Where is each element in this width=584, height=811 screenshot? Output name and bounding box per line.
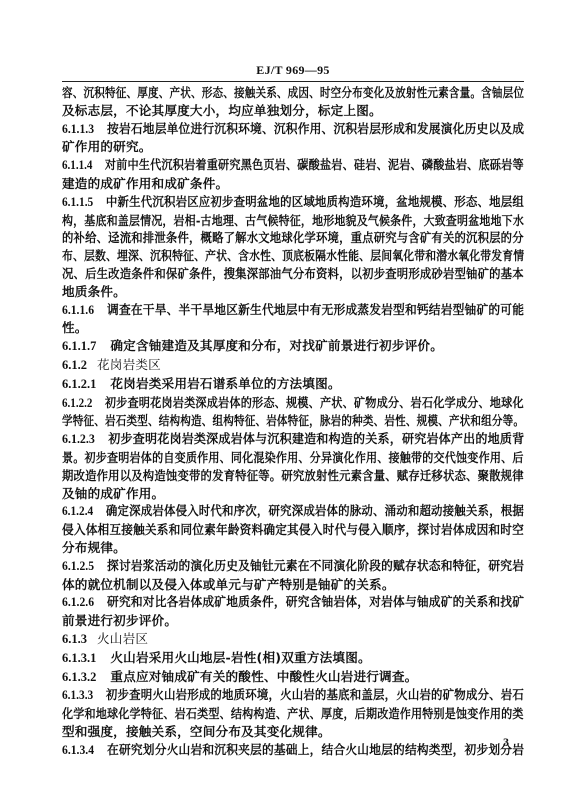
text-line: 及标志层，不论其厚度大小，均应单独划分，标定上图。 xyxy=(62,102,524,120)
document-header: EJ/T 969—95 xyxy=(62,63,524,78)
clause-number: 6.1.1.5 xyxy=(62,194,93,212)
text-line: 型和强度，接触关系，空间分布及其变化规律。 xyxy=(62,723,524,741)
clause-6-1-1-4: 6.1.1.4对前中生代沉积岩着重研究黑色页岩、碳酸盐岩、硅岩、泥岩、磷酸盐岩、… xyxy=(62,156,471,175)
section-title: 花岗岩类区 xyxy=(97,357,161,372)
clause-6-1-1-6: 6.1.1.6调查在干旱、半干旱地区新生代地层中有无形成蒸发岩型和钙结岩型铀矿的… xyxy=(62,301,492,320)
text-line: 布、层数、埋深、沉积特征、产状、含水性、顶底板隔水性能、层间氧化带和潜水氧化带发… xyxy=(62,247,459,265)
clause-number: 6.1.3.2 xyxy=(62,669,96,687)
clause-number: 6.1.2.4 xyxy=(62,503,93,521)
text-line: 构，基底和盖层情况，岩相-古地理、古气候特征，地形地貌及气候条件，大致查明盆地地… xyxy=(62,212,465,230)
section-heading-6-1-2: 6.1.2花岗岩类区 xyxy=(62,356,524,375)
clause-6-1-2-3: 6.1.2.3初步查明花岗岩类深成岩体与沉积建造和构造的关系，研究岩体产出的地质… xyxy=(62,430,504,449)
text-line: 矿作用的研究。 xyxy=(62,138,524,156)
page-number: 3 xyxy=(503,735,509,750)
text-line: 性。 xyxy=(62,319,524,337)
section-title: 火山岩区 xyxy=(97,631,148,646)
clause-6-1-1-5: 6.1.1.5中新生代沉积岩区应初步查明盆地的区域地质构造环境，盆地规模、形态、… xyxy=(62,193,481,212)
clause-6-1-3-4: 6.1.3.4在研究划分火山岩和沉积夹层的基础上，结合火山地层的结构类型，初步划… xyxy=(62,741,492,760)
text-line: 侵入体相互接触关系和同位素年龄资料确定其侵入时代与侵入顺序，探讨岩体成因和时空 xyxy=(62,521,490,539)
clause-number: 6.1.3.1 xyxy=(62,650,96,668)
clause-number: 6.1.2.1 xyxy=(62,376,96,394)
text-line: 况、后生改造条件和保矿条件，搜集深部油气分布资料，以初步查明形成砂岩型铀矿的基本 xyxy=(62,265,479,283)
clause-number: 6.1.2.6 xyxy=(62,594,94,612)
clause-number: 6.1.1.3 xyxy=(62,121,94,139)
text-line: 学特征、岩石类型、结构构造、组构特征、岩体特征，脉岩的种类、岩性、规模、产状和组… xyxy=(62,412,450,430)
clause-6-1-2-6: 6.1.2.6研究和对比各岩体成矿地质条件，研究含铀岩体，对岩体与铀成矿的关系和… xyxy=(62,593,492,612)
text-line: 容、沉积特征、厚度、产状、形态、接触关系、成因、时空分布变化及放射性元素含量。含… xyxy=(62,84,450,102)
text-line: 地质条件。 xyxy=(62,283,524,301)
text-line: 期改造作用以及构造蚀变带的发育特征等。研究放射性元素含量、赋存迁移状态、聚散规律 xyxy=(62,467,479,485)
clause-6-1-3-3: 6.1.3.3初步查明火山岩形成的地质环境，火山岩的基底和盖层，火山岩的矿物成分… xyxy=(62,686,481,705)
clause-number: 6.1.2.2 xyxy=(62,395,92,413)
text-line: 体的就位机制以及侵入体或单元与矿产特别是铀矿的关系。 xyxy=(62,576,524,594)
section-heading-6-1-3: 6.1.3火山岩区 xyxy=(62,630,524,649)
text-line: 及铀的成矿作用。 xyxy=(62,485,524,503)
document-body: 容、沉积特征、厚度、产状、形态、接触关系、成因、时空分布变化及放射性元素含量。含… xyxy=(62,84,524,759)
clause-number: 6.1.1.4 xyxy=(62,157,92,175)
text-line: 的补给、迳流和排泄条件，概略了解水文地球化学环境，重点研究与含矿有关的沉积层的分 xyxy=(62,229,479,247)
text-line: 建造的成矿作用和成矿条件。 xyxy=(62,175,524,193)
clause-number: 6.1.1.6 xyxy=(62,302,94,320)
clause-6-1-2-1: 6.1.2.1花岗岩类采用岩石谱系单位的方法填图。 xyxy=(62,375,524,394)
text-line: 化学和地球化学特征、岩石类型、结构构造、产状、厚度，后期改造作用特别是蚀变作用的… xyxy=(62,705,469,723)
clause-6-1-2-4: 6.1.2.4确定深成岩体侵入时代和序次，研究深成岩体的脉动、涌动和超动接触关系… xyxy=(62,502,481,521)
clause-6-1-1-7: 6.1.1.7确定含铀建造及其厚度和分布，对找矿前景进行初步评价。 xyxy=(62,337,524,356)
clause-number: 6.1.1.7 xyxy=(62,338,96,356)
clause-6-1-2-5: 6.1.2.5探讨岩浆活动的演化历史及铀钍元素在不同演化阶段的赋存状态和特征，研… xyxy=(62,557,492,576)
clause-6-1-1-3: 6.1.1.3按岩石地层单位进行沉积环境、沉积作用、沉积岩层形成和发展演化历史以… xyxy=(62,120,492,139)
section-number: 6.1.3 xyxy=(62,631,87,649)
clause-6-1-3-2: 6.1.3.2重点应对铀成矿有关的酸性、中酸性火山岩进行调查。 xyxy=(62,668,524,687)
text-line: 前景进行初步评价。 xyxy=(62,612,524,630)
clause-number: 6.1.2.5 xyxy=(62,558,94,576)
clause-number: 6.1.3.3 xyxy=(62,687,93,705)
clause-number: 6.1.3.4 xyxy=(62,742,94,760)
text-line: 分布规律。 xyxy=(62,539,524,557)
section-number: 6.1.2 xyxy=(62,357,87,375)
clause-6-1-3-1: 6.1.3.1火山岩采用火山地层-岩性(相)双重方法填图。 xyxy=(62,649,524,668)
text-line: 景。初步查明岩体的自变质作用、同化混染作用、分异演化作用、接触带的交代蚀变作用、… xyxy=(62,449,469,467)
header-rule xyxy=(62,81,524,82)
clause-number: 6.1.2.3 xyxy=(62,431,95,449)
clause-6-1-2-2: 6.1.2.2初步查明花岗岩类深成岩体的形态、规模、产状、矿物成分、岩石化学成分… xyxy=(62,394,471,413)
